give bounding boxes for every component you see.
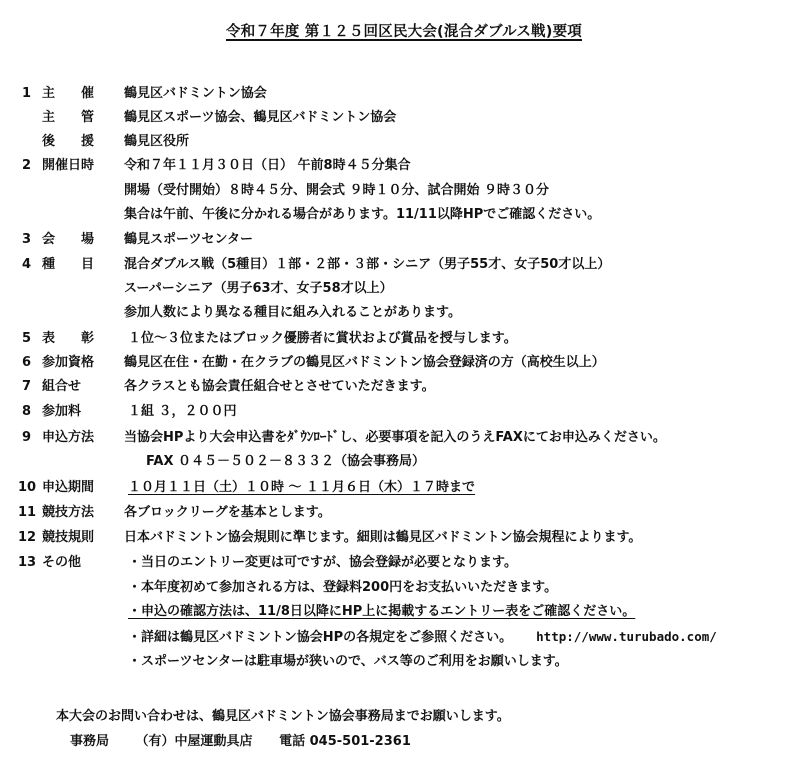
item-label: 競技方法: [42, 502, 94, 524]
item-number: 7: [22, 376, 44, 398]
item-awards: 5 表彰 １位～３位またはブロック優勝者に賞状および賞品を授与します。: [0, 328, 800, 350]
item-events: 4 種目 混合ダブルス戦（5種目）１部・２部・３部・シニア（男子55才、女子50…: [0, 254, 800, 276]
shop-name: （有）中屋運動具店: [136, 734, 253, 749]
item-other-parking: ・スポーツセンターは駐車場が狭いので、バス等のご利用をお願いします。: [0, 651, 800, 673]
item-date-schedule: 開場（受付開始）８時４５分、開会式 ９時１０分、試合開始 ９時３０分: [0, 180, 800, 202]
phone-number: 電話 045-501-2361: [279, 734, 411, 749]
item-number: 1: [22, 83, 44, 105]
item-value: ・スポーツセンターは駐車場が狭いので、バス等のご利用をお願いします。: [128, 651, 568, 673]
item-value: ・本年度初めて参加される方は、登録料200円をお支払いいただきます。: [128, 577, 557, 599]
item-application-method: 9 申込方法 当協会HPより大会申込書をﾀﾞｳﾝﾛｰﾄﾞし、必要事項を記入のうえ…: [0, 427, 800, 449]
item-number: 11: [18, 502, 40, 524]
item-other-entry-confirmation: ・申込の確認方法は、11/8日以降にHP上に掲載するエントリー表をご確認ください…: [0, 601, 800, 623]
item-label: 主催: [42, 83, 94, 105]
item-value: 当協会HPより大会申込書をﾀﾞｳﾝﾛｰﾄﾞし、必要事項を記入のうえFAXにてお申…: [124, 427, 666, 449]
item-value: スーパーシニア（男子63才、女子58才以上）: [124, 278, 393, 300]
item-events-note: 参加人数により異なる種目に組み入れることがあります。: [0, 302, 800, 324]
item-number: 4: [22, 254, 44, 276]
item-label: 組合せ: [42, 376, 81, 398]
item-fee: 8 参加料 １組 ３，２００円: [0, 401, 800, 423]
item-label: 参加料: [42, 401, 81, 423]
item-number: 10: [18, 477, 40, 499]
item-label: 種目: [42, 254, 94, 276]
item-application-fax: FAX ０４５－５０２－８３３２（協会事務局）: [0, 451, 800, 473]
item-number: 3: [22, 229, 44, 251]
office-label: 事務局: [70, 734, 109, 749]
item-venue: 3 会場 鶴見スポーツセンター: [0, 229, 800, 251]
document-title: 令和７年度 第１２５回区民大会(混合ダブルス戦)要項: [226, 20, 582, 41]
item-value: ・申込の確認方法は、11/8日以降にHP上に掲載するエントリー表をご確認ください…: [128, 601, 635, 623]
item-value: 各クラスとも協会責任組合せとさせていただきます。: [124, 376, 435, 398]
item-label: 後援: [42, 131, 94, 153]
item-label: その他: [42, 552, 81, 574]
item-number: 2: [22, 155, 44, 177]
item-competition-format: 11 競技方法 各ブロックリーグを基本とします。: [0, 502, 800, 524]
item-number: 6: [22, 352, 44, 374]
item-value: １位～３位またはブロック優勝者に賞状および賞品を授与します。: [128, 328, 517, 350]
item-events-super-senior: スーパーシニア（男子63才、女子58才以上）: [0, 278, 800, 300]
item-value: １０月１１日（土）１０時 ～ １１月６日（木）１７時まで: [128, 477, 475, 499]
item-label: 開催日時: [42, 155, 94, 177]
fax-number: FAX ０４５－５０２－８３３２（協会事務局）: [146, 451, 425, 473]
item-value: 令和７年１１月３０日（日） 午前8時４５分集合: [124, 155, 411, 177]
item-pairings: 7 組合せ 各クラスとも協会責任組合せとさせていただきます。: [0, 376, 800, 398]
item-application-period: 10 申込期間 １０月１１日（土）１０時 ～ １１月６日（木）１７時まで: [0, 477, 800, 499]
item-value: 各ブロックリーグを基本とします。: [124, 502, 331, 524]
item-label: 会場: [42, 229, 94, 251]
item-eligibility: 6 参加資格 鶴見区在住・在勤・在クラブの鶴見区バドミントン協会登録済の方（高校…: [0, 352, 800, 374]
item-number: 8: [22, 401, 44, 423]
item-date: 2 開催日時 令和７年１１月３０日（日） 午前8時４５分集合: [0, 155, 800, 177]
item-value: １組 ３，２００円: [128, 401, 237, 423]
item-value: 日本バドミントン協会規則に準じます。細則は鶴見区バドミントン協会規程によります。: [124, 527, 641, 549]
item-label: 申込方法: [42, 427, 94, 449]
inquiry-note: 本大会のお問い合わせは、鶴見区バドミントン協会事務局までお願いします。: [56, 705, 510, 724]
item-label: 競技規則: [42, 527, 94, 549]
item-value: 鶴見スポーツセンター: [124, 229, 253, 251]
item-label: 表彰: [42, 328, 94, 350]
item-label: 主管: [42, 107, 94, 129]
item-label: 申込期間: [42, 477, 94, 499]
item-value: 開場（受付開始）８時４５分、開会式 ９時１０分、試合開始 ９時３０分: [124, 180, 549, 202]
website-link[interactable]: http://www.turubado.com/: [536, 629, 717, 644]
item-value: ・詳細は鶴見区バドミントン協会HPの各規定をご参照ください。http://www…: [128, 626, 717, 649]
item-other-registration-fee: ・本年度初めて参加される方は、登録料200円をお支払いいただきます。: [0, 577, 800, 599]
item-number: 9: [22, 427, 44, 449]
item-value: 鶴見区在住・在勤・在クラブの鶴見区バドミントン協会登録済の方（高校生以上）: [124, 352, 605, 374]
item-value: 鶴見区スポーツ協会、鶴見区バドミントン協会: [124, 107, 396, 129]
item-value: 参加人数により異なる種目に組み入れることがあります。: [124, 302, 461, 324]
item-management: 主管 鶴見区スポーツ協会、鶴見区バドミントン協会: [0, 107, 800, 129]
item-value: ・当日のエントリー変更は可ですが、協会登録が必要となります。: [128, 552, 517, 574]
item-label: 参加資格: [42, 352, 94, 374]
item-organizer: 1 主催 鶴見区バドミントン協会: [0, 83, 800, 105]
item-value: 鶴見区バドミントン協会: [124, 83, 267, 105]
item-rules: 12 競技規則 日本バドミントン協会規則に準じます。細則は鶴見区バドミントン協会…: [0, 527, 800, 549]
item-value: 混合ダブルス戦（5種目）１部・２部・３部・シニア（男子55才、女子50才以上）: [124, 254, 610, 276]
item-other: 13 その他 ・当日のエントリー変更は可ですが、協会登録が必要となります。: [0, 552, 800, 574]
item-other-details: ・詳細は鶴見区バドミントン協会HPの各規定をご参照ください。http://www…: [0, 626, 800, 648]
item-number: 5: [22, 328, 44, 350]
item-value: 集合は午前、午後に分かれる場合があります。11/11以降HPでご確認ください。: [124, 204, 600, 226]
item-value: 鶴見区役所: [124, 131, 189, 153]
item-number: 12: [18, 527, 40, 549]
contact-info: 事務局 （有）中屋運動具店 電話 045-501-2361: [70, 730, 433, 749]
item-support: 後援 鶴見区役所: [0, 131, 800, 153]
item-date-note: 集合は午前、午後に分かれる場合があります。11/11以降HPでご確認ください。: [0, 204, 800, 226]
item-number: 13: [18, 552, 40, 574]
